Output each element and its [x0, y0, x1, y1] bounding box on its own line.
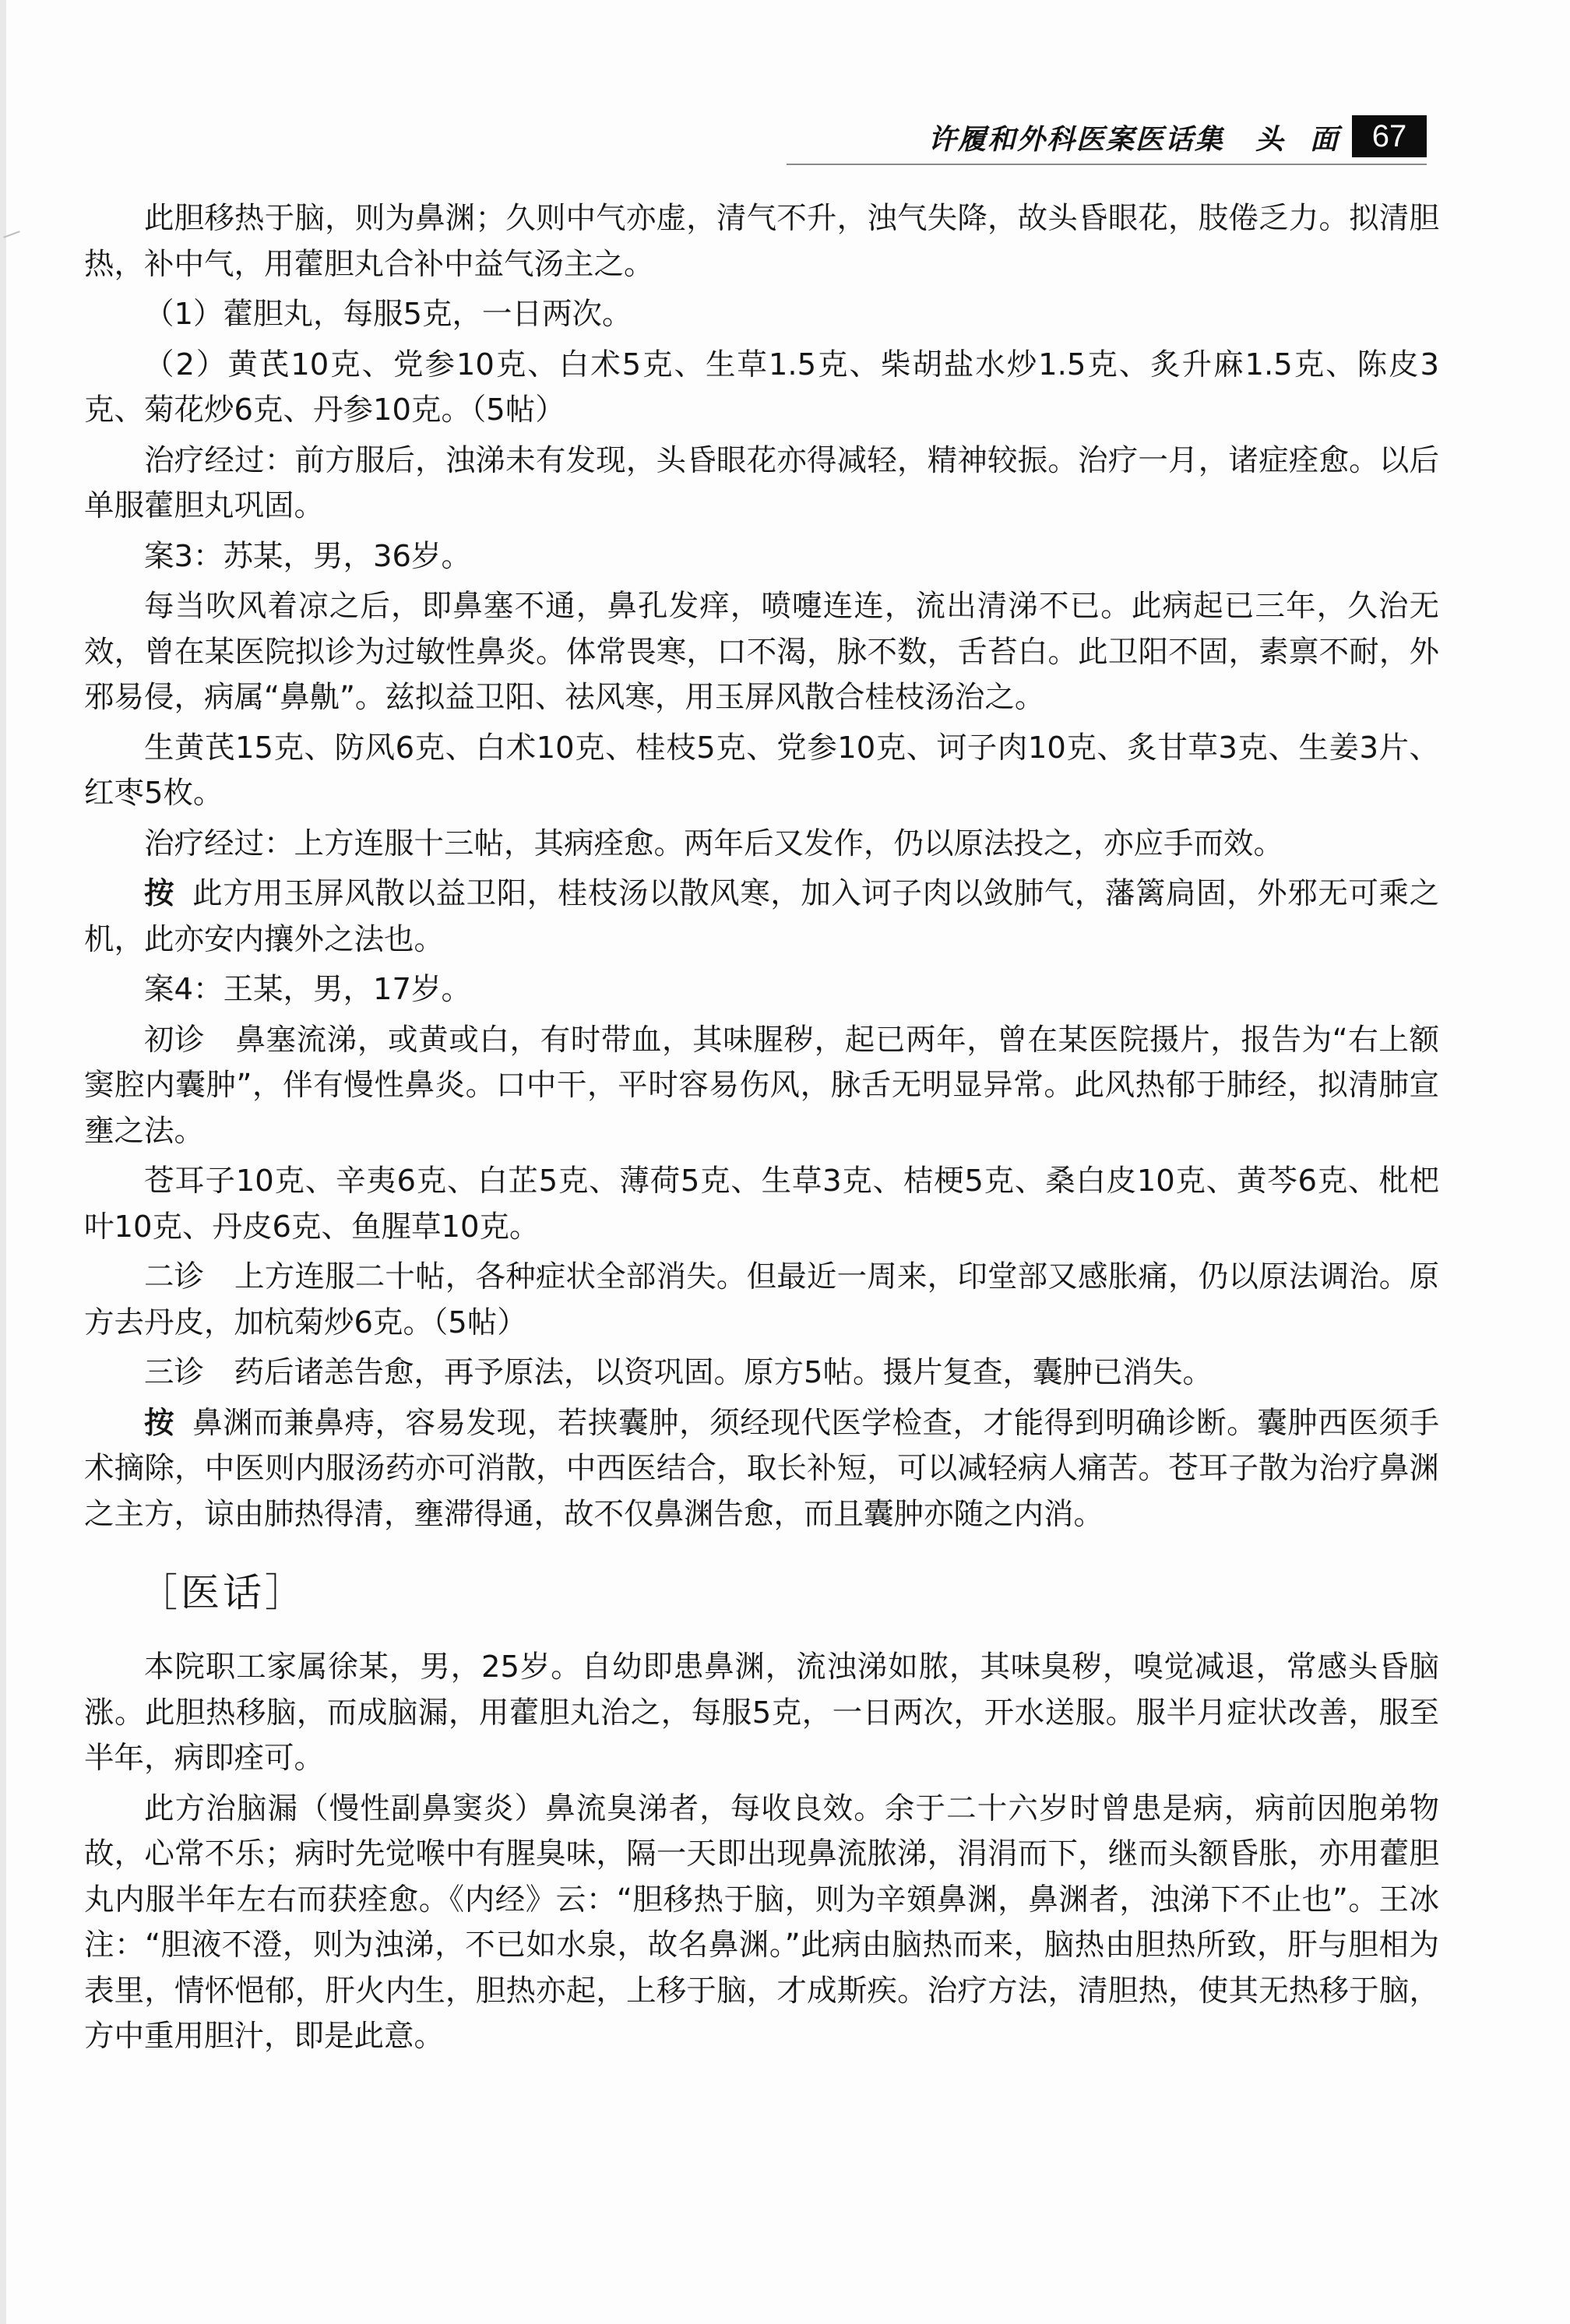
case-4-note: 按鼻渊而兼鼻痔，容易发现，若挟囊肿，须经现代医学检查，才能得到明确诊断。囊肿西医… [84, 1401, 1439, 1538]
case-3-treatment: 治疗经过：上方连服十三帖，其病痊愈。两年后又发作，仍以原法投之，亦应手而效。 [84, 822, 1439, 868]
case-3-title: 案3：苏某，男，36岁。 [84, 534, 1439, 580]
treatment-course: 治疗经过：前方服后，浊涕未有发现，头昏眼花亦得减轻，精神较振。治疗一月，诸症痊愈… [84, 438, 1439, 530]
note-text: 鼻渊而兼鼻痔，容易发现，若挟囊肿，须经现代医学检查，才能得到明确诊断。囊肿西医须… [84, 1406, 1439, 1532]
case-3-note: 按此方用玉屏风散以益卫阳，桂枝汤以散风寒，加入诃子肉以敛肺气，藩篱扃固，外邪无可… [84, 871, 1439, 963]
note-lead: 按 [144, 876, 174, 911]
yihua-paragraph: 本院职工家属徐某，男，25岁。自幼即患鼻渊，流浊涕如脓，其味臭秽，嗅觉减退，常感… [84, 1645, 1439, 1782]
case-3-description: 每当吹风着凉之后，即鼻塞不通，鼻孔发痒，喷嚏连连，流出清涕不已。此病起已三年，久… [84, 584, 1439, 721]
note-lead: 按 [144, 1406, 174, 1441]
case-3-prescription: 生黄芪15克、防风6克、白术10克、桂枝5克、党参10克、诃子肉10克、炙甘草3… [84, 726, 1439, 817]
case-4-third-visit: 三诊 药后诸恙告愈，再予原法，以资巩固。原方5帖。摄片复查，囊肿已消失。 [84, 1350, 1439, 1396]
case-4-prescription: 苍耳子10克、辛夷6克、白芷5克、薄荷5克、生草3克、桔梗5克、桑白皮10克、黄… [84, 1159, 1439, 1250]
running-header: 许履和外科医案医话集 头面部 [794, 115, 1422, 159]
section-heading-yihua: ［医话］ [139, 1565, 1439, 1620]
header-rule [787, 164, 1427, 165]
case-4-second-visit: 二诊 上方连服二十帖，各种症状全部消失。但最近一周来，印堂部又感胀痛，仍以原法调… [84, 1255, 1439, 1346]
prescription-2: （2）黄芪10克、党参10克、白术5克、生草1.5克、柴胡盐水炒1.5克、炙升麻… [84, 343, 1439, 434]
paragraph: 此胆移热于脑，则为鼻渊；久则中气亦虚，清气不升，浊气失降，故头昏眼花，肢倦乏力。… [84, 196, 1439, 287]
case-4-title: 案4：王某，男，17岁。 [84, 967, 1439, 1013]
case-4-first-visit: 初诊 鼻塞流涕，或黄或白，有时带血，其味腥秽，起已两年，曾在某医院摄片，报告为“… [84, 1018, 1439, 1155]
prescription-1: （1）藿胆丸，每服5克，一日两次。 [84, 292, 1439, 338]
page-scan-edge [0, 0, 6, 2324]
yihua-paragraph: 此方治脑漏（慢性副鼻窦炎）鼻流臭涕者，每收良效。余于二十六岁时曾患是病，病前因胞… [84, 1787, 1439, 2060]
page-body: 此胆移热于脑，则为鼻渊；久则中气亦虚，清气不升，浊气失降，故头昏眼花，肢倦乏力。… [84, 196, 1439, 2065]
page-number: 67 [1352, 115, 1427, 157]
book-title: 许履和外科医案医话集 [928, 118, 1224, 157]
note-text: 此方用玉屏风散以益卫阳，桂枝汤以散风寒，加入诃子肉以敛肺气，藩篱扃固，外邪无可乘… [84, 876, 1439, 957]
